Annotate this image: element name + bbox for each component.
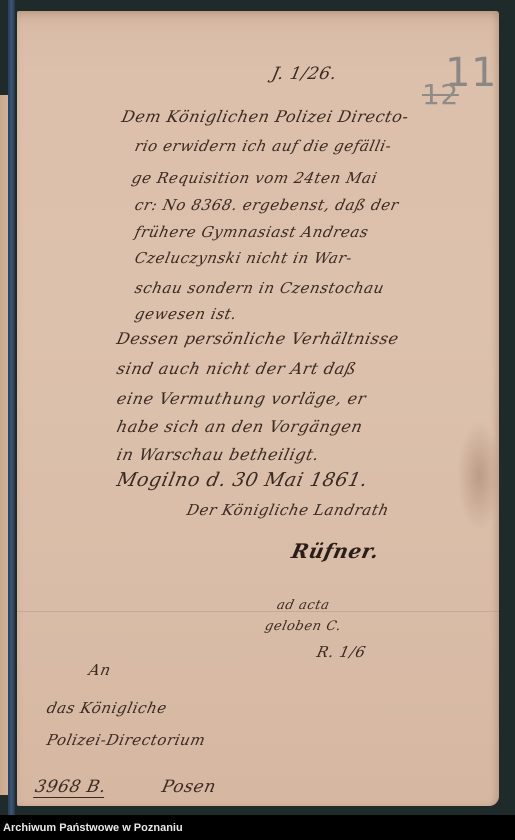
date-line: Mogilno d. 30 Mai 1861.: [115, 471, 370, 490]
body-line-2: rio erwidern ich auf die gefälli-: [133, 139, 393, 154]
body-line-13: in Warschau betheiligt.: [115, 447, 320, 463]
address-line-3: Polizei-Directorium: [45, 733, 207, 748]
paper-fold-line: [17, 611, 499, 612]
caption-bar: Archiwum Państwowe w Poznaniu: [0, 815, 515, 840]
body-line-5: frühere Gymnasiast Andreas: [133, 225, 370, 240]
archive-caption: Archiwum Państwowe w Poznaniu: [3, 822, 183, 834]
annotation-line-2: geloben C.: [264, 620, 343, 633]
address-city: Posen: [160, 779, 217, 796]
body-line-11: eine Vermuthung vorläge, er: [115, 391, 367, 407]
reference-mark: J. 1/26.: [270, 66, 338, 83]
body-line-12: habe sich an den Vorgängen: [115, 419, 364, 435]
address-line-2: das Königliche: [45, 701, 168, 716]
body-line-7: schau sondern in Czenstochau: [133, 281, 385, 296]
binding-strip: [8, 0, 15, 815]
scanned-document-image: 11 12 J. 1/26. Dem Königlichen Polizei D…: [0, 0, 515, 815]
pencil-crossed-number: 12: [422, 81, 459, 109]
address-line-1: An: [87, 663, 112, 678]
annotation-line-1: ad acta: [276, 599, 331, 612]
body-line-1: Dem Königlichen Polizei Directo-: [120, 109, 410, 125]
body-line-6: Czeluczynski nicht in War-: [133, 251, 353, 266]
body-line-10: sind auch nicht der Art daß: [115, 361, 358, 377]
body-line-9: Dessen persönliche Verhältnisse: [115, 331, 400, 347]
body-line-3: ge Requisition vom 24ten Mai: [130, 171, 378, 186]
address-number: 3968 B.: [33, 779, 108, 798]
body-line-4: cr: No 8368. ergebenst, daß der: [133, 198, 400, 213]
signature-title: Der Königliche Landrath: [185, 503, 390, 518]
paper-stain: [457, 421, 502, 531]
annotation-line-3: R. 1/6: [315, 645, 367, 660]
signature: Rüfner.: [290, 541, 381, 561]
document-page: 11 12 J. 1/26. Dem Königlichen Polizei D…: [17, 11, 499, 806]
body-line-8: gewesen ist.: [133, 307, 238, 322]
